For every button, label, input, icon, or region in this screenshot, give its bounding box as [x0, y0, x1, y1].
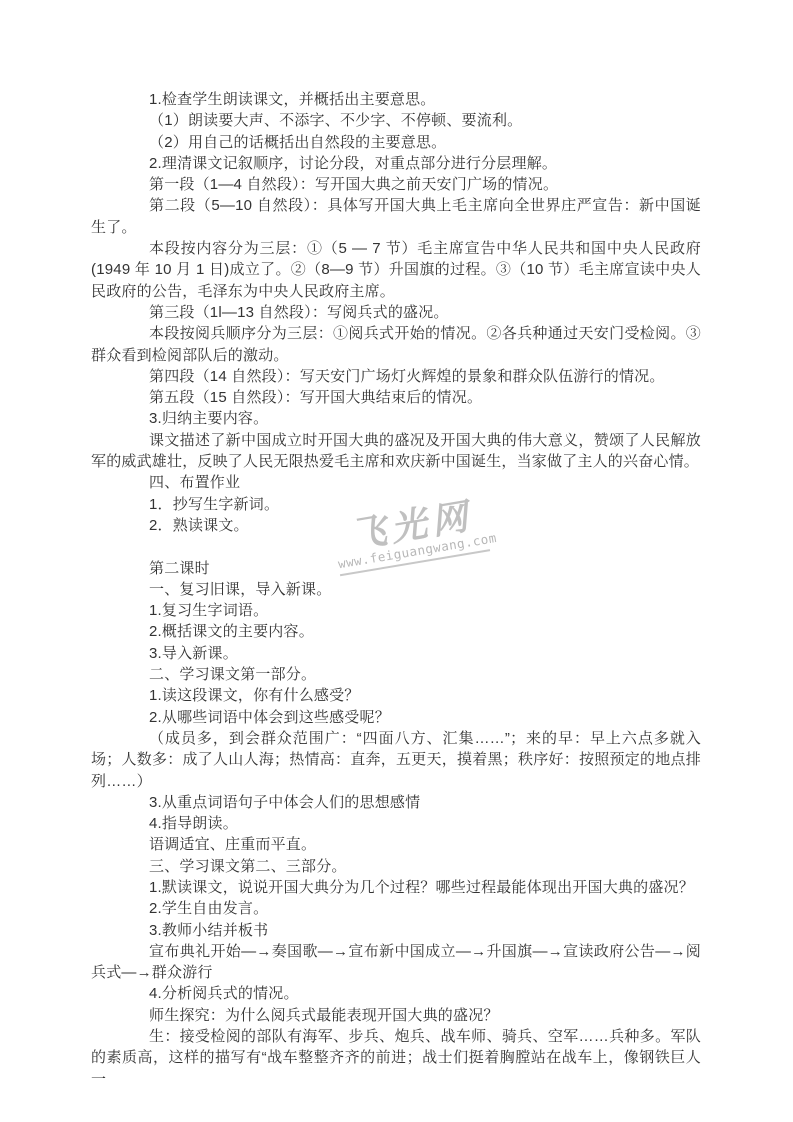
- doc-paragraph: 2.学生自由发言。: [91, 898, 701, 919]
- doc-paragraph: 三、学习课文第二、三部分。: [91, 856, 701, 877]
- doc-paragraph: 第一段（1—4 自然段）：写开国大典之前天安门广场的情况。: [91, 174, 701, 195]
- doc-paragraph: 4.分析阅兵式的情况。: [91, 983, 701, 1004]
- doc-paragraph: 3.导入新课。: [91, 643, 701, 664]
- doc-paragraph: 2.从哪些词语中体会到这些感受呢？: [91, 707, 701, 728]
- doc-paragraph: 第三段（1l—13 自然段）：写阅兵式的盛况。: [91, 302, 701, 323]
- doc-paragraph: 1.复习生字词语。: [91, 600, 701, 621]
- doc-paragraph: 2.理清课文记叙顺序，讨论分段，对重点部分进行分层理解。: [91, 153, 701, 174]
- blank-line: [91, 536, 701, 557]
- doc-paragraph: 1.默读课文，说说开国大典分为几个过程？哪些过程最能体现出开国大典的盛况？: [91, 877, 701, 898]
- doc-paragraph: 语调适宜、庄重而平直。: [91, 834, 701, 855]
- doc-paragraph: 1．抄写生字新词。: [91, 494, 701, 515]
- doc-paragraph: 师生探究：为什么阅兵式最能表现开国大典的盛况？: [91, 1005, 701, 1026]
- doc-paragraph: （成员多，到会群众范围广：“四面八方、汇集……”；来的早：早上六点多就入场；人数…: [91, 728, 701, 792]
- doc-paragraph: 生：接受检阅的部队有海军、步兵、炮兵、战车师、骑兵、空军……兵种多。军队的素质高…: [91, 1026, 701, 1090]
- doc-paragraph: 四、布置作业: [91, 472, 701, 493]
- document-page: 1.检查学生朗读课文，并概括出主要意思。 （1）朗读要大声、不添字、不少字、不停…: [0, 0, 793, 1122]
- doc-paragraph: 2.概括课文的主要内容。: [91, 621, 701, 642]
- doc-paragraph: 课文描述了新中国成立时开国大典的盛况及开国大典的伟大意义，赞颂了人民解放军的威武…: [91, 430, 701, 473]
- doc-paragraph: 1.读这段课文，你有什么感受？: [91, 685, 701, 706]
- doc-paragraph: 本段按阅兵顺序分为三层：①阅兵式开始的情况。②各兵种通过天安门受检阅。③群众看到…: [91, 323, 701, 366]
- doc-paragraph: 一、复习旧课，导入新课。: [91, 579, 701, 600]
- doc-paragraph: （2）用自己的话概括出自然段的主要意思。: [91, 132, 701, 153]
- doc-paragraph: 宣布典礼开始—→奏国歌—→宣布新中国成立—→升国旗—→宣读政府公告—→阅兵式—→…: [91, 941, 701, 984]
- doc-paragraph: （1）朗读要大声、不添字、不少字、不停顿、要流利。: [91, 110, 701, 131]
- doc-paragraph: 3.归纳主要内容。: [91, 408, 701, 429]
- doc-paragraph: 二、学习课文第一部分。: [91, 664, 701, 685]
- doc-paragraph: 3.从重点词语句子中体会人们的思想感情: [91, 792, 701, 813]
- doc-paragraph: 第四段（14 自然段）：写天安门广场灯火辉煌的景象和群众队伍游行的情况。: [91, 366, 701, 387]
- doc-paragraph: 1.检查学生朗读课文，并概括出主要意思。: [91, 89, 701, 110]
- doc-paragraph: 本段按内容分为三层：①（5 — 7 节）毛主席宣告中华人民共和国中央人民政府(1…: [91, 238, 701, 302]
- document-body: 1.检查学生朗读课文，并概括出主要意思。 （1）朗读要大声、不添字、不少字、不停…: [91, 89, 701, 1090]
- doc-paragraph: 3.教师小结并板书: [91, 920, 701, 941]
- doc-paragraph: 2．熟读课文。: [91, 515, 701, 536]
- doc-paragraph: 第二段（5—10 自然段）：具体写开国大典上毛主席向全世界庄严宣告：新中国诞生了…: [91, 195, 701, 238]
- doc-paragraph: 4.指导朗读。: [91, 813, 701, 834]
- doc-paragraph: 第二课时: [91, 558, 701, 579]
- doc-paragraph: 第五段（15 自然段）：写开国大典结束后的情况。: [91, 387, 701, 408]
